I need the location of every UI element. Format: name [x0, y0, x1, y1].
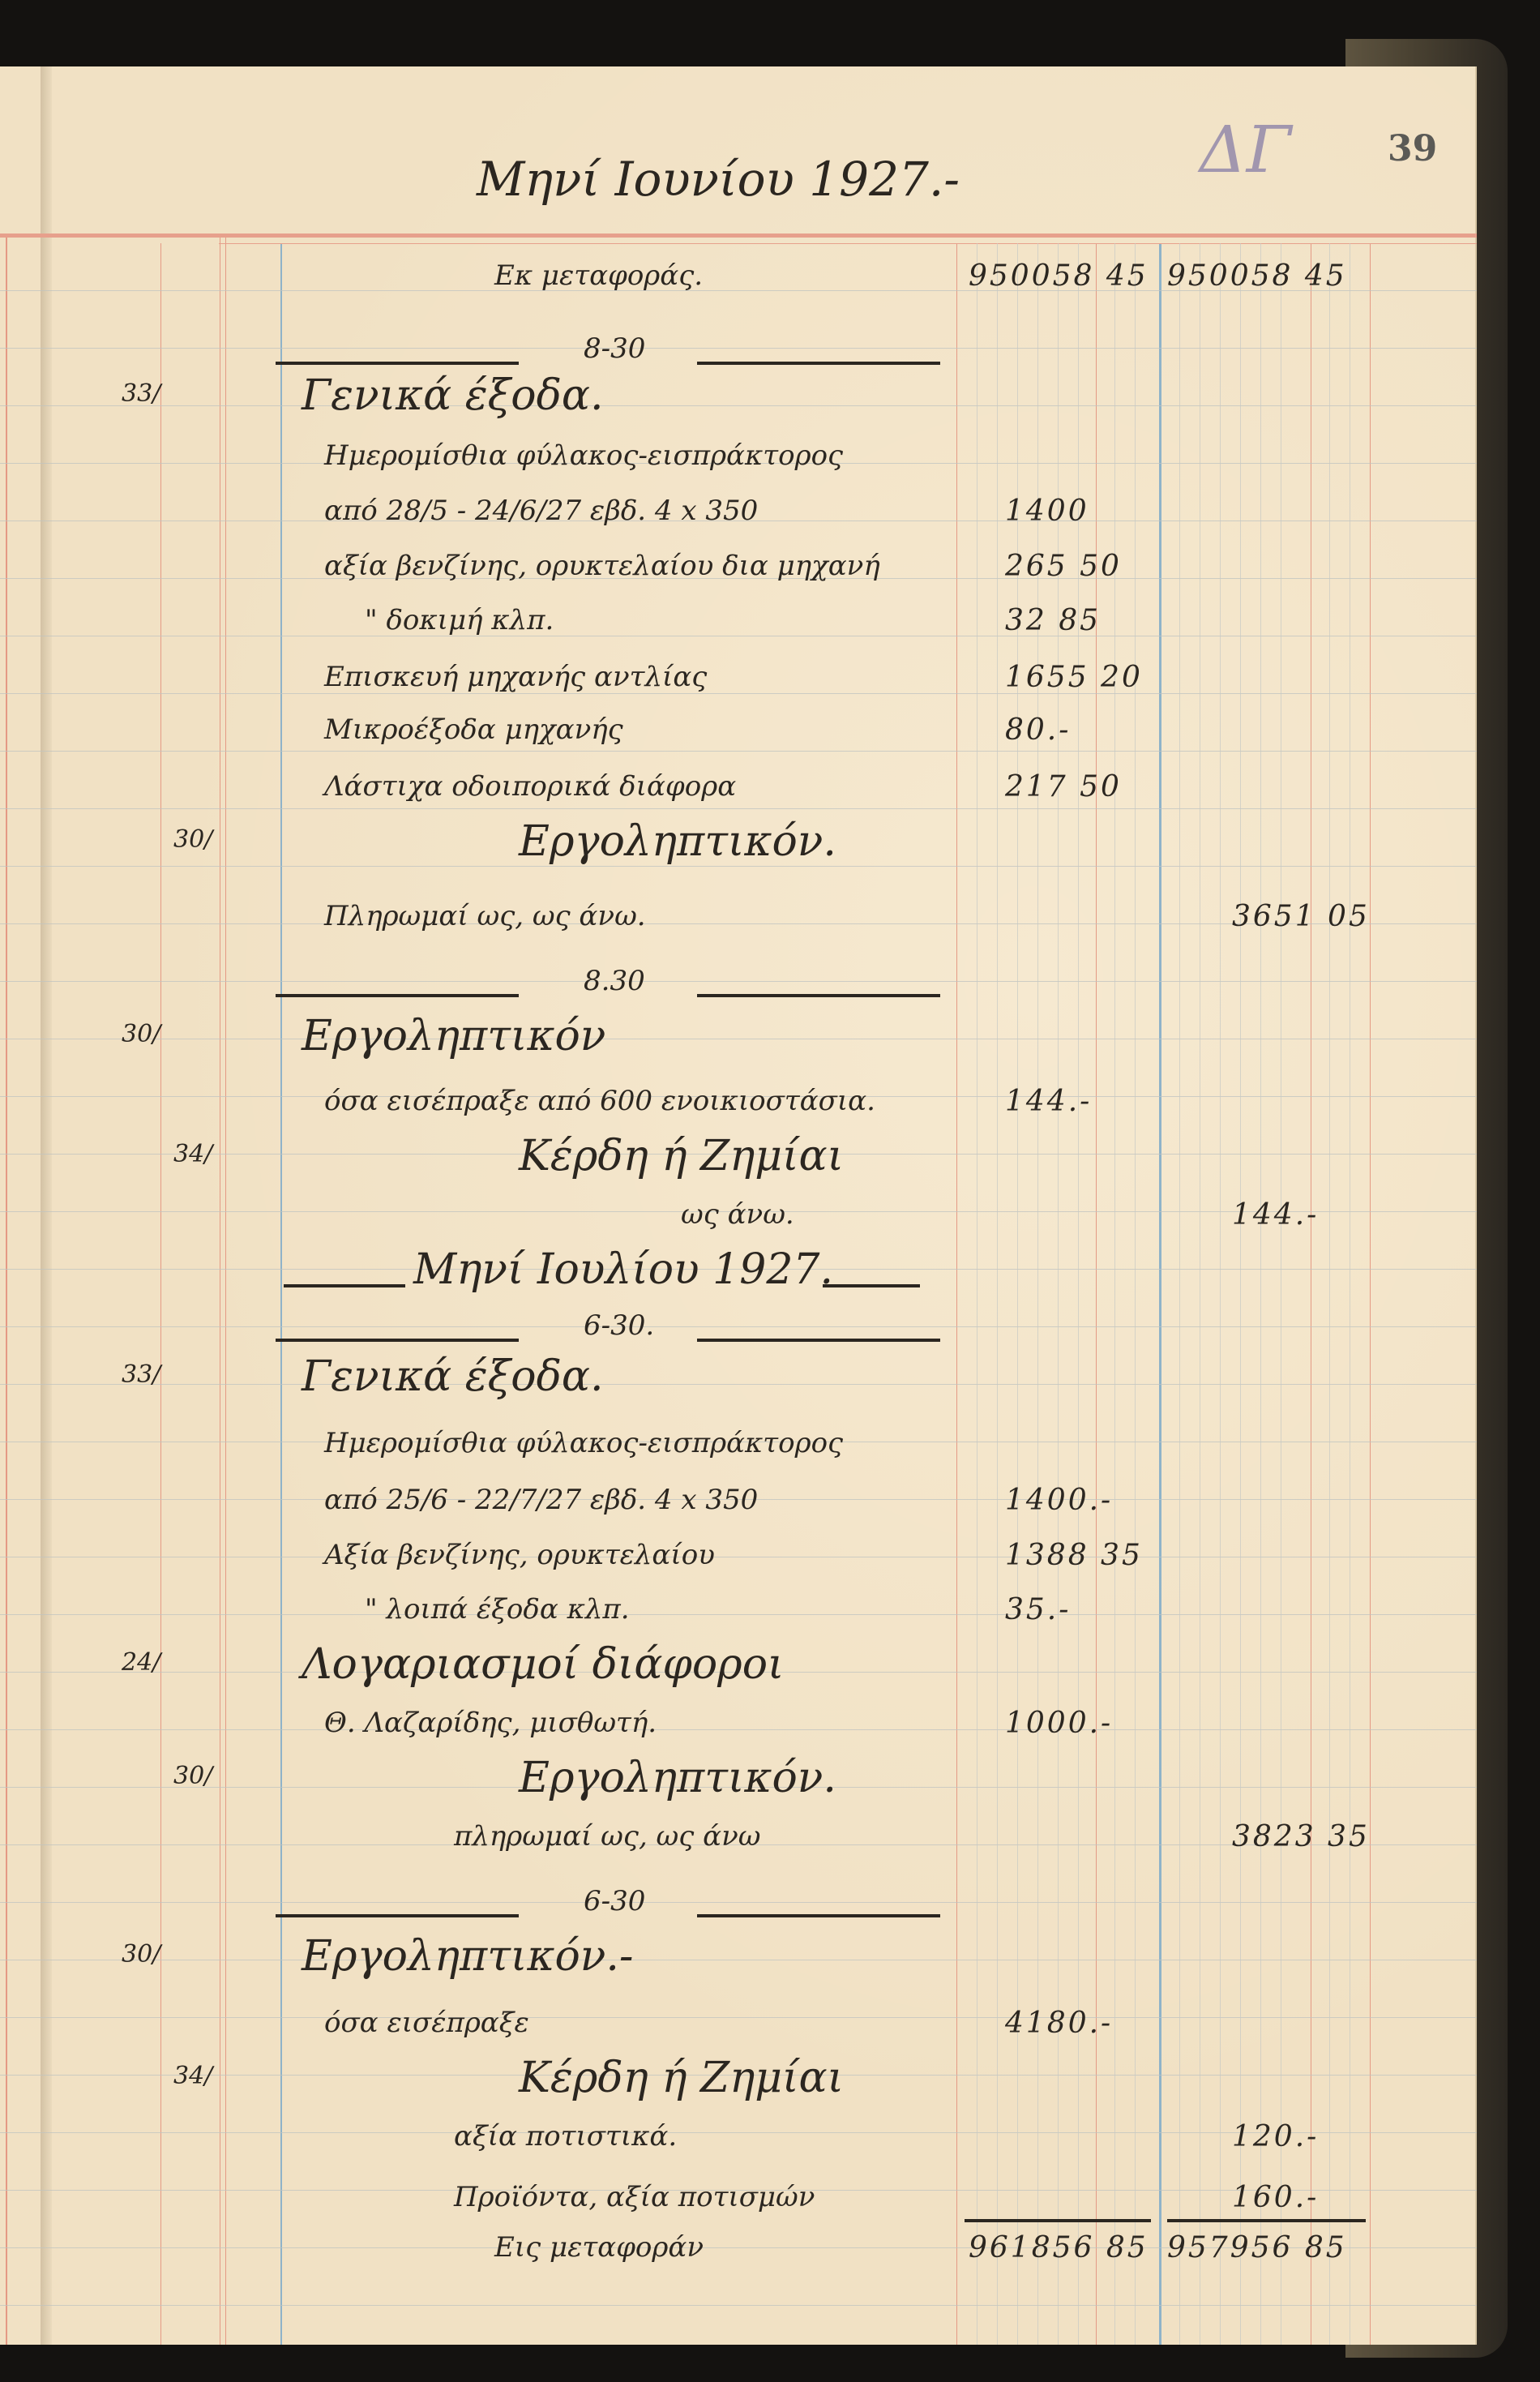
separator-rule: [276, 994, 519, 997]
separator-rule: [823, 1284, 920, 1287]
separator-rule: [697, 362, 940, 365]
ruled-line: [0, 348, 1477, 349]
separator-rule: [276, 362, 519, 365]
date-separator: 6-30.: [584, 1309, 654, 1342]
amount-digit-gridline: [997, 243, 998, 2345]
entry-description: Εκ μεταφοράς.: [494, 259, 703, 292]
account-folio-reference: 30/: [173, 825, 212, 854]
total-underline: [965, 2219, 1151, 2222]
account-heading: Λογαριασμοί διάφοροι: [302, 1640, 784, 1689]
credit-amount: 144.-: [1232, 1198, 1319, 1232]
entry-description: ως άνω.: [681, 1198, 794, 1231]
amount-digit-gridline: [1329, 243, 1330, 2345]
entry-description: Πληρωμαί ως, ως άνω.: [324, 900, 646, 932]
page-binding-shadow: [41, 66, 52, 2345]
entry-description: Επισκευή μηχανής αντλίας: [324, 661, 707, 693]
separator-rule: [697, 1914, 940, 1917]
account-heading: Γενικά έξοδα.: [302, 1352, 604, 1401]
debit-amount: 80.-: [1005, 713, 1071, 747]
account-folio-reference: 33/: [122, 1360, 160, 1389]
separator-rule: [276, 1339, 519, 1342]
header-red-rule-thin: [219, 243, 1477, 244]
account-heading: Εργοληπτικόν.-: [302, 1932, 633, 1981]
ruled-line: [0, 1729, 1477, 1730]
ruled-line: [0, 1039, 1477, 1039]
entry-description: αξία ποτιστικά.: [454, 2120, 677, 2153]
total-underline: [1167, 2219, 1366, 2222]
account-folio-reference: 24/: [122, 1648, 160, 1677]
header-red-rule: [0, 233, 1477, 238]
ledger-page: Μηνί Ιουνίου 1927.- ΔΓ 39 Εκ μεταφοράς.9…: [0, 66, 1477, 2345]
account-folio-reference: 34/: [173, 1140, 212, 1168]
amount-digit-gridline: [1135, 243, 1136, 2345]
amount-digit-gridline: [977, 243, 977, 2345]
credit-amount: 120.-: [1232, 2120, 1319, 2153]
account-heading: Γενικά έξοδα.: [302, 371, 604, 420]
amount-digit-gridline: [1350, 243, 1350, 2345]
amount-digit-gridline: [1179, 243, 1180, 2345]
date-separator: 8-30: [584, 332, 645, 365]
separator-rule: [697, 994, 940, 997]
debit-amount: 1000.-: [1005, 1707, 1113, 1740]
folio-column-rule-b: [225, 233, 226, 2345]
credit-amount: 957956 85: [1167, 2231, 1347, 2264]
ruled-line: [0, 808, 1477, 809]
debit-amount: 1388 35: [1005, 1539, 1143, 1572]
amount-digit-gridline: [1200, 243, 1200, 2345]
debit-amount: 1400: [1005, 495, 1089, 528]
debit-amount: 35.-: [1005, 1593, 1071, 1626]
entry-description: Λάστιχα οδοιπορικά διάφορα: [324, 770, 736, 803]
account-heading: Εργοληπτικόν: [302, 1012, 605, 1060]
entry-description: Θ. Λαζαρίδης, μισθωτή.: [324, 1707, 657, 1739]
separator-rule: [276, 1914, 519, 1917]
credit-amount: 3823 35: [1232, 1820, 1370, 1853]
entry-description: Αξία βενζίνης, ορυκτελαίου: [324, 1539, 715, 1571]
date-separator: 8.30: [584, 965, 645, 997]
account-folio-reference: 33/: [122, 379, 160, 408]
debit-amount: 265 50: [1005, 550, 1122, 583]
account-folio-reference: 34/: [173, 2062, 212, 2090]
entry-description: Ημερομίσθια φύλακος-εισπράκτορος: [324, 439, 843, 472]
amount-digit-gridline: [1240, 243, 1241, 2345]
entry-description: από 25/6 - 22/7/27 εβδ. 4 x 350: [324, 1484, 758, 1516]
entry-description: πληρωμαί ως, ως άνω: [454, 1820, 760, 1853]
credit-cents-rule: [1311, 243, 1311, 2345]
credit-amount: 160.-: [1232, 2181, 1319, 2214]
debit-amount: 961856 85: [969, 2231, 1149, 2264]
folio-column-rule-a: [220, 233, 220, 2345]
entry-description: " δοκιμή κλπ.: [365, 604, 554, 636]
ruled-line: [0, 981, 1477, 982]
ruled-line: [0, 751, 1477, 752]
entry-description: Εις μεταφοράν: [494, 2231, 704, 2264]
ink-stamp: ΔΓ: [1200, 112, 1291, 187]
account-folio-reference: 30/: [122, 1940, 160, 1969]
ruled-line: [0, 693, 1477, 694]
debit-amount: 144.-: [1005, 1085, 1092, 1118]
ruled-line: [0, 1326, 1477, 1327]
account-heading: Κέρδη ή Ζημίαι: [519, 1132, 844, 1180]
ruled-line: [0, 2017, 1477, 2018]
entry-description: όσα εισέπραξε από 600 ενοικιοστάσια.: [324, 1085, 875, 1117]
amount-digit-gridline: [1260, 243, 1261, 2345]
ruled-line: [0, 866, 1477, 867]
entry-description: Προϊόντα, αξία ποτισμών: [454, 2181, 815, 2213]
ruled-line: [0, 1960, 1477, 1960]
account-heading: Κέρδη ή Ζημίαι: [519, 2054, 844, 2102]
page-number: 39: [1388, 128, 1437, 169]
ruled-line: [0, 405, 1477, 406]
amount-digit-gridline: [1281, 243, 1281, 2345]
margin-rule-left: [6, 233, 7, 2345]
ruled-line: [0, 1557, 1477, 1557]
ruled-line: [0, 636, 1477, 636]
debit-amount: 1655 20: [1005, 661, 1143, 694]
entry-description: από 28/5 - 24/6/27 εβδ. 4 x 350: [324, 495, 758, 527]
credit-column-end-rule: [1370, 243, 1371, 2345]
separator-rule: [284, 1284, 405, 1287]
debit-amount: 1400.-: [1005, 1484, 1113, 1517]
description-margin-rule: [280, 243, 282, 2345]
amount-digit-gridline: [1220, 243, 1221, 2345]
ruled-line: [0, 2305, 1477, 2306]
separator-rule: [697, 1339, 940, 1342]
page-title: Μηνί Ιουνίου 1927.-: [477, 152, 960, 207]
date-column-rule: [160, 243, 161, 2345]
entry-description: Μικροέξοδα μηχανής: [324, 713, 623, 746]
debit-column-rule: [956, 243, 957, 2345]
debit-amount: 217 50: [1005, 770, 1122, 803]
credit-amount: 3651 05: [1232, 900, 1370, 933]
entry-description: " λοιπά έξοδα κλπ.: [365, 1593, 630, 1626]
month-heading: Μηνί Ιουλίου 1927.: [413, 1245, 833, 1294]
entry-description: αξία βενζίνης, ορυκτελαίου δια μηχανή: [324, 550, 880, 582]
entry-description: όσα εισέπραξε: [324, 2007, 529, 2039]
ruled-line: [0, 1902, 1477, 1903]
ruled-line: [0, 1384, 1477, 1385]
entry-description: Ημερομίσθια φύλακος-εισπράκτορος: [324, 1427, 843, 1459]
date-separator: 6-30: [584, 1885, 645, 1917]
debit-credit-divider: [1159, 243, 1161, 2345]
debit-amount: 950058 45: [969, 259, 1149, 293]
credit-amount: 950058 45: [1167, 259, 1347, 293]
debit-amount: 4180.-: [1005, 2007, 1113, 2040]
account-heading: Εργοληπτικόν.: [519, 1754, 836, 1802]
account-heading: Εργοληπτικόν.: [519, 817, 836, 866]
debit-amount: 32 85: [1005, 604, 1101, 637]
ruled-line: [0, 1614, 1477, 1615]
account-folio-reference: 30/: [173, 1762, 212, 1790]
account-folio-reference: 30/: [122, 1020, 160, 1048]
